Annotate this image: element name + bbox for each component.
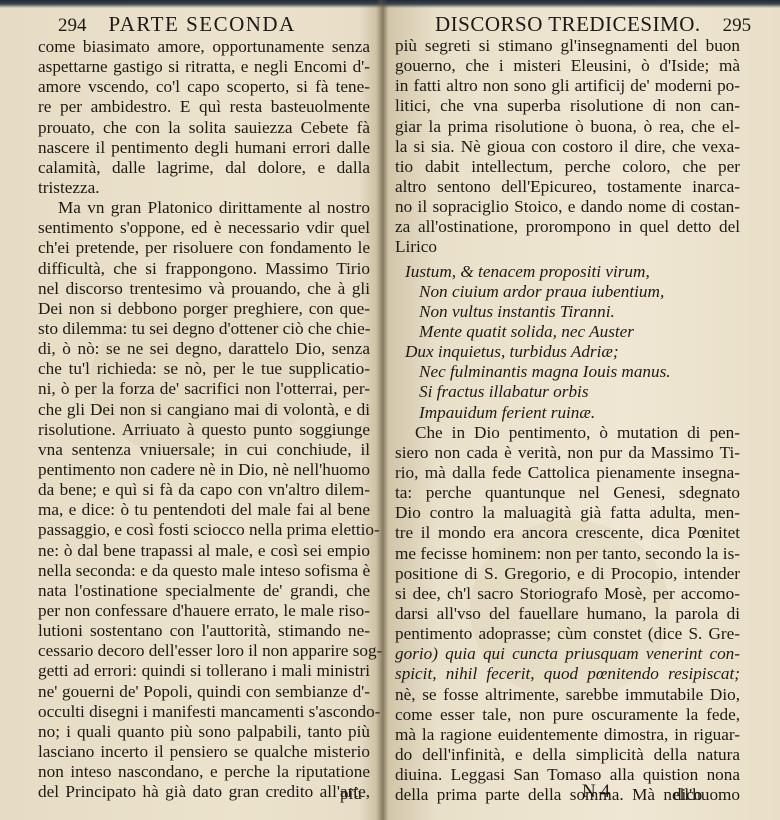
text-line: getti ad errori: quindi si tollerano i m…: [38, 661, 370, 681]
text-line: lasciano incerto il pensiero se qualche …: [38, 742, 370, 762]
text-line: mà la ragione euidentemente dimostra, in…: [395, 725, 740, 745]
text-line: ne: ò dal bene trapassi al male, e così …: [38, 541, 370, 561]
text-line: gorio) quia qui cuncta priusquam venerin…: [395, 644, 740, 664]
text-line: no il sopraciglio Stoico, e dando nome d…: [395, 197, 740, 217]
text-line: che tu'l richieda: se nò, per le tue sup…: [38, 359, 370, 379]
catchword: più: [340, 784, 362, 804]
catchword: dico: [673, 785, 702, 805]
text-line: del Principato hà già dato gran credito …: [38, 782, 370, 802]
text-line: positione di S. Gregorio, e di Procopio,…: [395, 564, 740, 584]
text-line: re per ambidestro. E quì resta basteuolm…: [38, 97, 370, 117]
text-line: ta: perche quantunque nel Genesi, sdegna…: [395, 483, 740, 503]
text-line: litici, che vna superba risolutione di n…: [395, 96, 740, 116]
text-line: sentimento s'oppone, ed è necessario vdi…: [38, 218, 370, 238]
text-line: aspettarne gastigo si ritratta, e negli …: [38, 57, 370, 77]
text-line: nella seconda: e da questo male inteso s…: [38, 561, 370, 581]
page-number: 294: [58, 15, 87, 36]
verse-line: Dux inquietus, turbidus Adriæ;: [395, 342, 740, 362]
text-line: Dei non si debbono porger preghiere, con…: [38, 299, 370, 319]
running-head-title: DISCORSO TREDICESIMO.: [435, 12, 701, 36]
verse-line: Non vultus instantis Tiranni.: [395, 302, 740, 322]
text-line: calamità, dalle lagrime, dal dolore, e d…: [38, 158, 370, 178]
text-line: di, ò nò: se ne sei degno, darattelo Dio…: [38, 339, 370, 359]
text-line: prouato, che con la solita sauiezza Cebe…: [38, 118, 370, 138]
text-line: ni, ò per la forza de' sacrifici non l'o…: [38, 379, 370, 399]
text-line: spicit, nihil fecerit, quod pœnitendo re…: [395, 664, 740, 684]
paragraph-start: Ma vn gran Platonico dirittamente al nos…: [38, 198, 370, 218]
left-page-text: come biasimato amore, opportunamente sen…: [38, 37, 370, 802]
text-line: occulti disegni i manifesti mancamenti s…: [38, 702, 370, 722]
right-page-text: più segreti si stimano gl'insegnamenti d…: [395, 36, 740, 805]
right-running-head: DISCORSO TREDICESIMO.295: [435, 12, 751, 37]
paragraph-start: Che in Dio pentimento, ò mutation di pen…: [395, 423, 740, 443]
text-line: risolutione. Arriuato à questo punto sog…: [38, 420, 370, 440]
right-page: DISCORSO TREDICESIMO.295 più segreti si …: [385, 0, 780, 820]
text-line: amore vscendo, co'l capo scoperto, si fà…: [38, 77, 370, 97]
text-line: tre il mondo era ancora crescente, dica …: [395, 523, 740, 543]
text-line: siero non cada è verità, non pur da Mass…: [395, 443, 740, 463]
left-running-head: 294PARTE SECONDA: [58, 12, 296, 37]
text-line: za all'ostinatione, prorompono in quel d…: [395, 217, 740, 237]
text-line: che gli Dei non si cangiano mai di volon…: [38, 400, 370, 420]
book-spread: 294PARTE SECONDA come biasimato amore, o…: [0, 0, 780, 820]
text-line: più segreti si stimano gl'insegnamenti d…: [395, 36, 740, 56]
text-line: passaggio, e così fosti sciocco nella pr…: [38, 520, 370, 540]
verse-line: Nec fulminantis magna Iouis manus.: [395, 362, 740, 382]
text-line: da bene; e quì si fà da capo con vn'altr…: [38, 480, 370, 500]
left-page: 294PARTE SECONDA come biasimato amore, o…: [0, 0, 383, 820]
text-line: ne' gouerni de' Popoli, quindi con sembi…: [38, 682, 370, 702]
text-line: come biasimato amore, opportunamente sen…: [38, 37, 370, 57]
text-line: do dell'infinità, e della simplicità del…: [395, 745, 740, 765]
text-line: tristezza.: [38, 178, 370, 198]
text-line: Dio contro la maluagità già fatta adulta…: [395, 503, 740, 523]
text-line: non inteso nascondano, e perche la riput…: [38, 762, 370, 782]
text-line: la si sia. Nè gioua con costoro il dire,…: [395, 137, 740, 157]
text-line: si dee, ch'l sacro Storiografo Mosè, per…: [395, 584, 740, 604]
text-line: sto dilemma: tu sei degno d'ottener ciò …: [38, 319, 370, 339]
text-line: cessario decoro dell'esser loro il non a…: [38, 641, 370, 661]
text-line: come esser tale, non pure oscuramente la…: [395, 705, 740, 725]
text-line: difficultà, che si frappongono. Massimo …: [38, 259, 370, 279]
text-line: diuina. Leggasi San Tomaso alla quistion…: [395, 765, 740, 785]
text-line: pentimento adoprasse; cùm constet (dice …: [395, 624, 740, 644]
verse-line: Impauidum ferient ruinæ.: [395, 403, 740, 423]
text-line: lutioni sostentano con l'auttorità, stim…: [38, 621, 370, 641]
verse-line: Si fractus illabatur orbis: [395, 382, 740, 402]
text-line: no; i quali quanto più sono palpabili, t…: [38, 722, 370, 742]
verse-line: Non ciuium ardor praua iubentium,: [395, 282, 740, 302]
text-line: nascere il pentimento degli humani error…: [38, 138, 370, 158]
text-line: darsi all'vso del fauellare humano, la p…: [395, 604, 740, 624]
text-line: pentimento non cadere nè in Dio, nè nell…: [38, 460, 370, 480]
verse-line: Mente quatit solida, nec Auster: [395, 322, 740, 342]
text-line: vna sentenza vniuersale; in cui conchiud…: [38, 440, 370, 460]
text-line: in fatti altro non sono gli artificij de…: [395, 76, 740, 96]
text-line: nata l'ostinatione specialmente de' gran…: [38, 581, 370, 601]
text-line: tio dabit intellectum, perche coloro, ch…: [395, 157, 740, 177]
text-line: per non confessare d'hauere errato, le m…: [38, 601, 370, 621]
text-line: ch'ei pretende, per risoluere con fondam…: [38, 238, 370, 258]
text-line: giar la prima risolutione ò buona, ò rea…: [395, 117, 740, 137]
text-line: altro sentono dell'Epicureo, tostamente …: [395, 177, 740, 197]
text-line: ma, e dice: ò tu pentendoti del male fai…: [38, 500, 370, 520]
page-number: 295: [723, 15, 752, 36]
text-line: rio, mà dalla fede Cattolica pienamente …: [395, 463, 740, 483]
text-line: me fecisse hominem: non per tanto, secon…: [395, 544, 740, 564]
text-line: gouerno, che i misteri Eleusini, ò d'Isi…: [395, 56, 740, 76]
text-line: Lirico: [395, 237, 740, 257]
text-line: nè, se fosse altrimente, sarebbe immutab…: [395, 685, 740, 705]
verse-line: Iustum, & tenacem propositi virum,: [395, 262, 740, 282]
signature-mark: N 4: [582, 781, 610, 803]
text-line: nel discorso trentesimo và prouando, che…: [38, 279, 370, 299]
running-head-title: PARTE SECONDA: [109, 12, 296, 36]
